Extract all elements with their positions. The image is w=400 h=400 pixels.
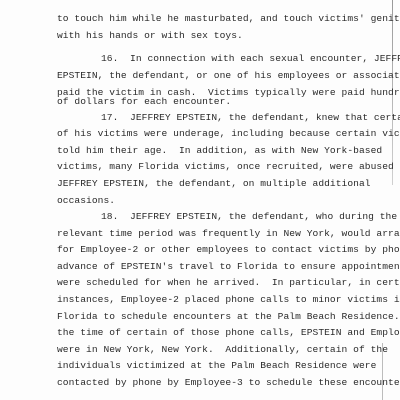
text-line: were in New York, New York. Additionally… [57,344,388,356]
text-line: JEFFREY EPSTEIN, the defendant, on multi… [57,178,371,190]
text-line: of dollars for each encounter. [57,96,231,108]
paragraph-17-start: 17. JEFFREY EPSTEIN, the defendant, knew… [101,112,400,124]
text-line: contacted by phone by Employee-3 to sche… [57,377,400,389]
text-line: were scheduled for when he arrived. In p… [57,277,400,289]
text-line: instances, Employee-2 placed phone calls… [57,294,400,306]
text-line: told him their age. In addition, as with… [57,145,382,157]
text-line: victims, many Florida victims, once recr… [57,161,400,173]
paragraph-18-start: 18. JEFFREY EPSTEIN, the defendant, who … [101,211,397,223]
text-line: the time of certain of those phone calls… [57,327,400,339]
text-line: to touch him while he masturbated, and t… [57,13,400,25]
text-line: with his hands or with sex toys. [57,30,243,42]
text-line: advance of EPSTEIN's travel to Florida t… [57,261,400,273]
paragraph-16-start: 16. In connection with each sexual encou… [101,53,400,65]
text-line: relevant time period was frequently in N… [57,228,400,240]
text-line: for Employee-2 or other employees to con… [57,244,400,256]
text-line: EPSTEIN, the defendant, or one of his em… [57,70,400,82]
text-line: Florida to schedule encounters at the Pa… [57,311,400,323]
text-line: individuals victimized at the Palm Beach… [57,360,376,372]
text-line: of his victims were underage, including … [57,128,400,140]
text-line: occasions. [57,195,115,207]
document-page: to touch him while he masturbated, and t… [0,0,400,400]
